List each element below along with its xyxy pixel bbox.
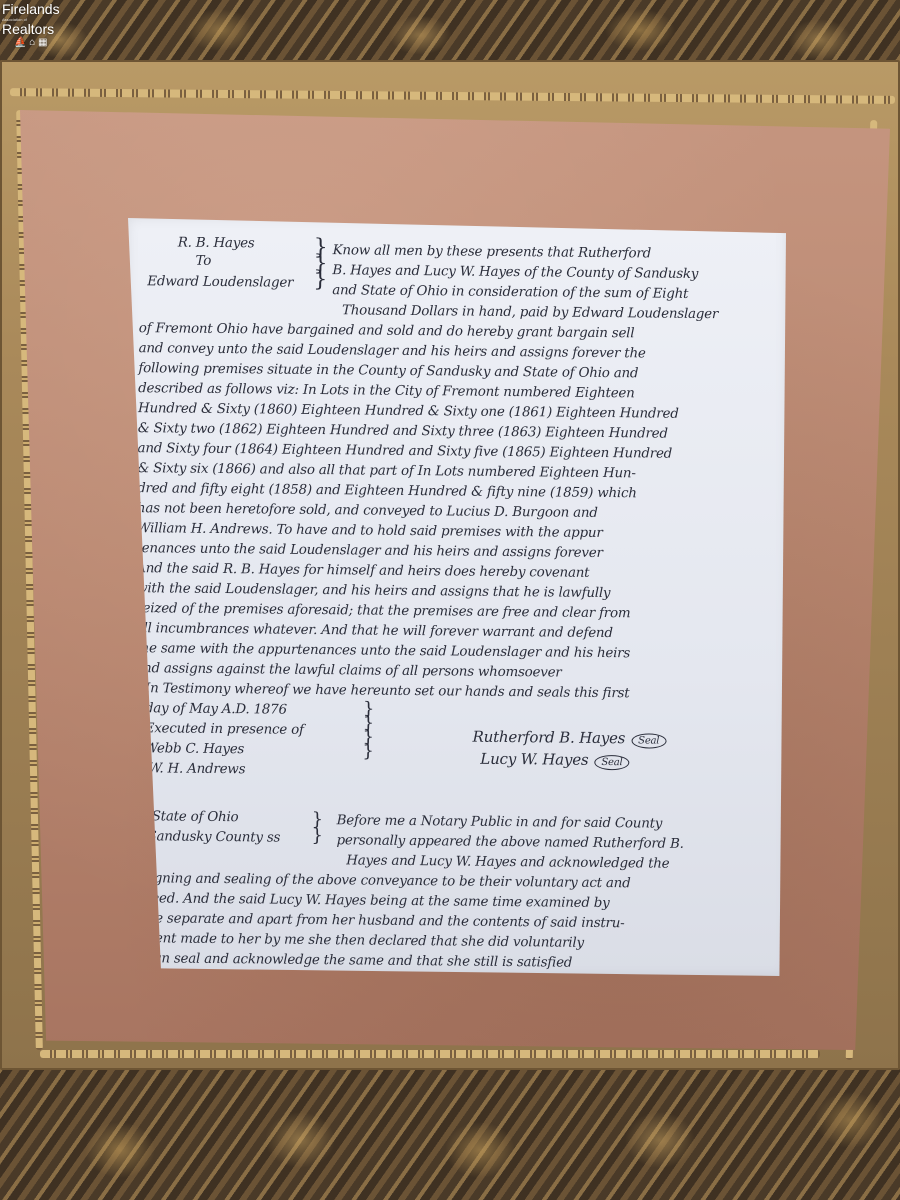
deed-line: following premises situate in the County… <box>138 362 638 381</box>
realtor-watermark: Firelands Association of Realtors ⛵ ⌂ ▦ <box>2 2 60 49</box>
deed-handwriting: R. B. Hayes To Edward Loudenslager }}} K… <box>120 218 786 983</box>
seal-icon: Seal <box>631 733 666 748</box>
deed-line: and Sixty four (1864) Eighteen Hundred a… <box>138 442 673 461</box>
deed-line: Thousand Dollars in hand, paid by Edward… <box>342 304 718 321</box>
ack-line: sign seal and acknowledge the same and t… <box>142 952 572 970</box>
ack-line: deed. And the said Lucy W. Hayes being a… <box>143 892 610 910</box>
deed-document: R. B. Hayes To Edward Loudenslager }}} K… <box>128 218 786 976</box>
deed-line: and State of Ohio in consideration of th… <box>332 284 688 301</box>
deed-line: day of May A.D. 1876 <box>145 702 287 717</box>
deed-line: Know all men by these presents that Ruth… <box>333 244 651 261</box>
sailboat-house-icon: ⛵ ⌂ ▦ <box>14 37 60 49</box>
deed-line: In Testimony whereof we have hereunto se… <box>145 682 630 700</box>
bead-molding-bottom <box>40 1050 820 1058</box>
witness-label: Executed in presence of <box>145 722 304 737</box>
signature-lucy: Lucy W. HayesSeal <box>480 752 629 771</box>
deed-line: and convey unto the said Loudenslager an… <box>139 342 646 361</box>
caption-grantee: Edward Loudenslager <box>147 275 293 290</box>
deed-line: all incumbrances whatever. And that he w… <box>136 622 613 640</box>
deed-line: tenances unto the said Loudenslager and … <box>136 542 602 560</box>
deed-line: seized of the premises aforesaid; that t… <box>136 602 631 621</box>
ack-line: Hayes and Lucy W. Hayes and acknowledged… <box>346 854 669 871</box>
brand-name: Firelands <box>2 2 60 17</box>
deed-line: Hundred & Sixty (1860) Eighteen Hundred … <box>138 402 679 421</box>
ack-line: Before me a Notary Public in and for sai… <box>337 814 663 831</box>
ack-line: signing and sealing of the above conveya… <box>143 872 631 891</box>
deed-line: of Fremont Ohio have bargained and sold … <box>139 322 635 341</box>
ack-line: ment made to her by me she then declared… <box>142 932 584 950</box>
deed-line: & Sixty two (1862) Eighteen Hundred and … <box>138 422 668 441</box>
brace-icon: }}}} <box>362 702 374 758</box>
witness-name: Webb C. Hayes <box>144 742 244 756</box>
brand-name-2: Realtors <box>2 22 60 37</box>
deed-line: William H. Andrews. To have and to hold … <box>137 522 603 540</box>
deed-line: B. Hayes and Lucy W. Hayes of the County… <box>332 264 698 281</box>
caption-grantor: R. B. Hayes <box>178 237 255 251</box>
brace-icon: }}} <box>313 240 328 288</box>
deed-line: And the said R. B. Hayes for himself and… <box>136 562 589 580</box>
brand-tagline: Association of <box>2 17 60 22</box>
deed-line: & Sixty six (1866) and also all that par… <box>137 462 635 481</box>
signature-rutherford: Rutherford B. HayesSeal <box>472 730 666 749</box>
ack-line: me separate and apart from her husband a… <box>143 912 625 930</box>
witness-name: W. H. Andrews <box>148 762 245 776</box>
deed-line: has not been heretofore sold, and convey… <box>137 502 598 520</box>
deed-line: described as follows viz: In Lots in the… <box>138 382 635 401</box>
ack-line: personally appeared the above named Ruth… <box>336 834 683 851</box>
deed-line: with the said Loudenslager, and his heir… <box>136 582 610 600</box>
deed-line: the same with the appurtenances unto the… <box>135 642 630 661</box>
seal-icon: Seal <box>594 755 629 770</box>
caption-to: To <box>195 255 211 269</box>
deed-line: dred and fifty eight (1858) and Eighteen… <box>137 482 637 501</box>
venue-state: State of Ohio <box>152 810 239 824</box>
deed-line: and assigns against the lawful claims of… <box>135 662 561 680</box>
venue-county: Sandusky County ss <box>147 830 280 845</box>
brace-icon: }} <box>311 812 323 844</box>
